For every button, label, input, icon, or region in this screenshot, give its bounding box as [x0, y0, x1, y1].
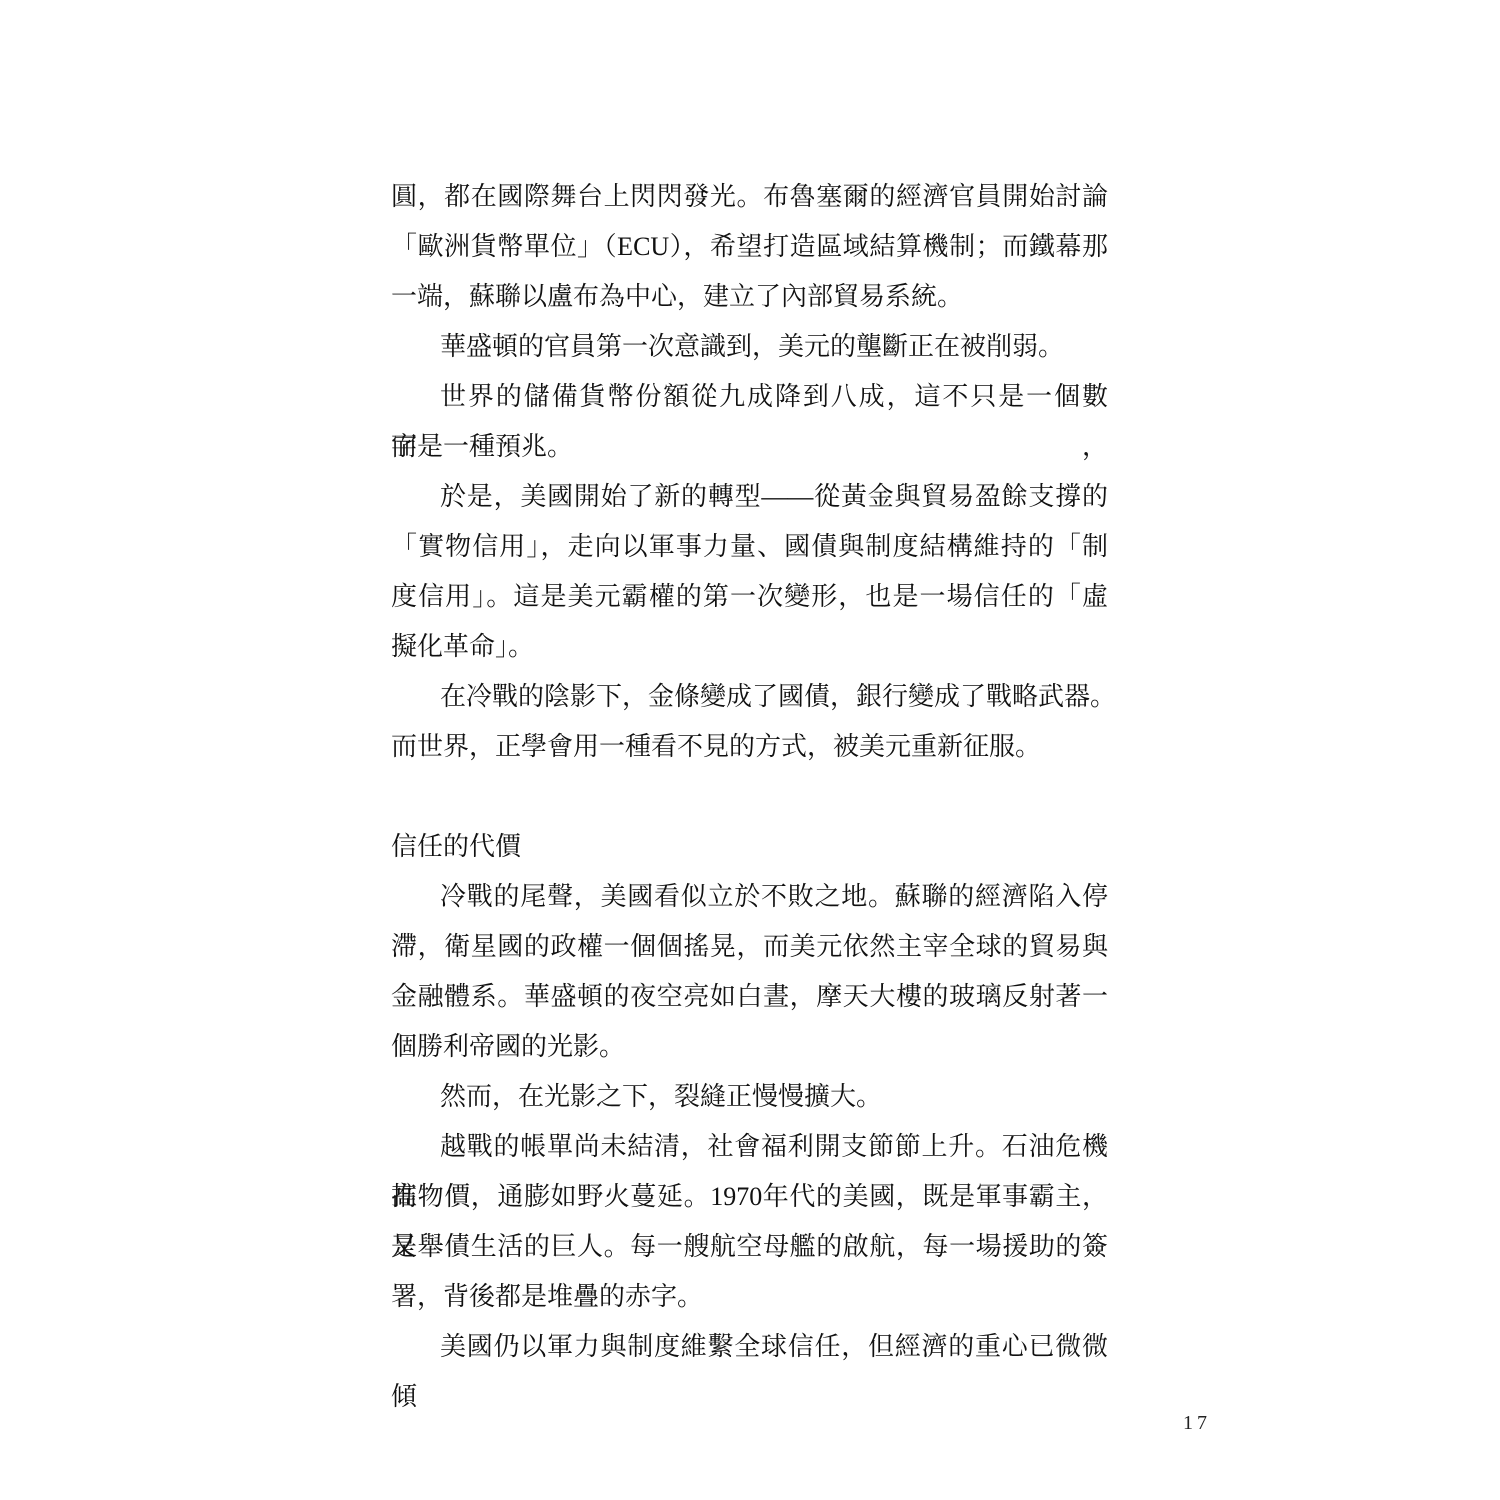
text-line: 世界的儲備貨幣份額從九成降到八成，這不只是一個數字，: [391, 372, 1108, 422]
text-line: 而世界，正學會用一種看不見的方式，被美元重新征服。: [391, 722, 1108, 772]
section-heading: 信任的代價: [391, 822, 1108, 872]
text-line: 擬化革命」。: [391, 622, 1108, 672]
text-line: 滯，衛星國的政權一個個搖晃，而美元依然主宰全球的貿易與: [391, 922, 1108, 972]
text-line: 華盛頓的官員第一次意識到，美元的壟斷正在被削弱。: [391, 322, 1108, 372]
text-line: 美國仍以軍力與制度維繫全球信任，但經濟的重心已微微傾: [391, 1322, 1108, 1372]
page-number: 17: [1183, 1412, 1211, 1435]
book-page: 圓，都在國際舞台上閃閃發光。布魯塞爾的經濟官員開始討論 「歐洲貨幣單位」（ECU…: [0, 0, 1500, 1500]
text-line: 冷戰的尾聲，美國看似立於不敗之地。蘇聯的經濟陷入停: [391, 872, 1108, 922]
text-line: 圓，都在國際舞台上閃閃發光。布魯塞爾的經濟官員開始討論: [391, 172, 1108, 222]
text-line: 個勝利帝國的光影。: [391, 1022, 1108, 1072]
text-line: 越戰的帳單尚未結清，社會福利開支節節上升。石油危機推: [391, 1122, 1108, 1172]
text-line: 度信用」。這是美元霸權的第一次變形，也是一場信任的「虛: [391, 572, 1108, 622]
text-line: 高物價，通膨如野火蔓延。1970年代的美國，既是軍事霸主，又: [391, 1172, 1108, 1222]
text-line: 在冷戰的陰影下，金條變成了國債，銀行變成了戰略武器。: [391, 672, 1108, 722]
text-line: 是舉債生活的巨人。每一艘航空母艦的啟航，每一場援助的簽: [391, 1222, 1108, 1272]
text-line: 署，背後都是堆疊的赤字。: [391, 1272, 1108, 1322]
text-line: 於是，美國開始了新的轉型——從黃金與貿易盈餘支撐的: [391, 472, 1108, 522]
text-line: 金融體系。華盛頓的夜空亮如白晝，摩天大樓的玻璃反射著一: [391, 972, 1108, 1022]
text-line: 「歐洲貨幣單位」（ECU），希望打造區域結算機制；而鐵幕那: [391, 222, 1108, 272]
blank-line: [391, 772, 1108, 822]
text-line: 一端，蘇聯以盧布為中心，建立了內部貿易系統。: [391, 272, 1108, 322]
text-line: 「實物信用」，走向以軍事力量、國債與制度結構維持的「制: [391, 522, 1108, 572]
text-line: 然而，在光影之下，裂縫正慢慢擴大。: [391, 1072, 1108, 1122]
body-text: 圓，都在國際舞台上閃閃發光。布魯塞爾的經濟官員開始討論 「歐洲貨幣單位」（ECU…: [391, 172, 1108, 1372]
